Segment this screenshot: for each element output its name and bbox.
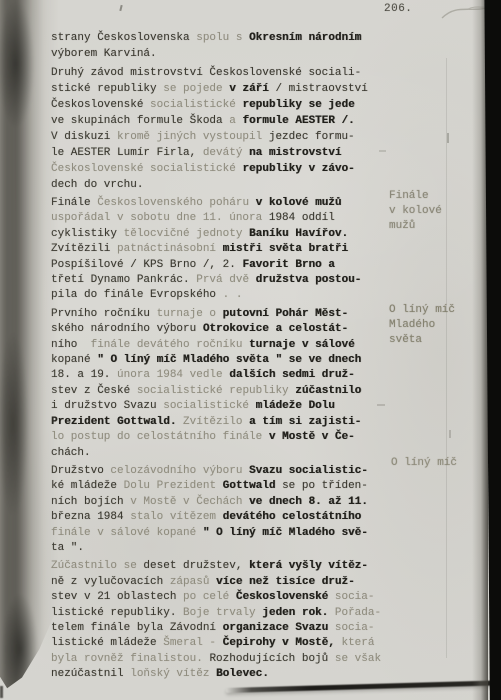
text-segment: se však	[335, 653, 381, 665]
text-segment: patnáctinásobní	[117, 243, 223, 255]
text-segment: dalších sedmi druž-	[229, 369, 354, 381]
text-segment: socia-	[335, 622, 375, 634]
text-line: ního finále devátého ročníku turnaje v s…	[51, 338, 396, 353]
text-segment: Československého poháru	[97, 197, 255, 209]
text-segment: loňský vítěz	[130, 668, 216, 680]
text-segment: pila do finále Evropského	[51, 289, 223, 301]
text-segment: Zvítězilo	[183, 416, 249, 428]
text-segment: Československé socialistické	[51, 163, 242, 175]
text-line: Druhý závod mistrovství Československé s…	[51, 65, 396, 81]
text-line: Zúčastnilo se deset družstev, která vyšl…	[51, 559, 396, 574]
text-segment: Pospíšilové / KPS Brno /, 2.	[51, 259, 242, 271]
text-segment: republiky v závo-	[242, 163, 354, 175]
text-segment: byla rovněž finalistou.	[51, 653, 209, 665]
text-segment: spolu s	[196, 32, 249, 44]
text-line: Zvítězili patnáctinásobní mistři světa b…	[51, 242, 396, 257]
margin-note-line: O líný míč	[391, 456, 457, 471]
paragraph: Finále Československého poháru v kolové …	[51, 196, 396, 304]
text-segment: kromě jiných vystoupil	[117, 131, 269, 143]
paper-crease	[446, 58, 447, 658]
text-segment: která vyšly vítěz-	[249, 560, 368, 572]
text-segment: března 1984	[51, 511, 130, 523]
ink-speck	[449, 430, 451, 438]
text-segment: více než tisíce druž-	[216, 576, 355, 588]
text-line: ve skupinách formule Škoda a formule AES…	[51, 113, 396, 129]
text-segment: ně z vylučovacích	[51, 576, 170, 588]
text-segment: a tím si zajisti-	[249, 416, 361, 428]
text-segment: ních bojích	[51, 496, 130, 508]
text-segment: Čepirohy v Mostě,	[223, 637, 342, 649]
text-line: ních bojích v Mostě v Čechách ve dnech 8…	[51, 495, 396, 510]
text-segment: mistři světa bratři	[223, 243, 348, 255]
ink-speck	[119, 5, 122, 11]
text-segment: le AESTER Lumír Firla,	[51, 147, 203, 159]
text-segment: organizace Svazu	[223, 622, 335, 634]
ink-speck	[379, 150, 386, 152]
text-line: listické republiky. Boje trvaly jeden ro…	[51, 606, 396, 621]
text-line: ského národního výboru Otrokovice a celo…	[51, 322, 396, 337]
text-line: lo postup do celostátního finále v Mostě…	[51, 430, 396, 445]
text-line: Finále Československého poháru v kolové …	[51, 196, 396, 211]
corner-mark	[0, 686, 3, 698]
text-line: ně z vylučovacích zápasů více než tisíce…	[51, 575, 396, 590]
text-segment: Bolevec.	[216, 668, 269, 680]
text-segment: devátý	[203, 147, 249, 159]
text-segment: V diskuzi	[51, 131, 117, 143]
text-segment: jezdec formu-	[269, 131, 355, 143]
text-segment: Dolu Prezident	[124, 480, 223, 492]
text-segment: Okresním národním	[249, 32, 361, 44]
text-line: ta ".	[51, 541, 396, 556]
text-segment: socialistické	[163, 400, 255, 412]
text-segment: strany Československa	[51, 32, 196, 44]
margin-note-line: v kolové	[389, 204, 442, 219]
text-line: stické republiky se pojede v září / mist…	[51, 81, 396, 97]
text-segment: po celé	[183, 591, 236, 603]
text-segment: třetí Dynamo Pankrác.	[51, 274, 196, 286]
text-segment: finále devátého ročníku	[91, 339, 249, 351]
text-segment: lo postup do celostátního finále	[51, 431, 269, 443]
text-segment: dech do vrchu.	[51, 179, 143, 191]
binding-shadow	[0, 0, 58, 700]
margin-note: Finálev kolovémužů	[389, 189, 442, 233]
text-line: byla rovněž finalistou. Rozhodujících bo…	[51, 652, 396, 667]
text-segment: Šmeral -	[163, 637, 222, 649]
text-segment: Prezident Gottwald.	[51, 416, 183, 428]
text-segment: devátého celostátního	[223, 511, 362, 523]
margin-note-line: Finále	[389, 189, 442, 204]
margin-note: O líný míč	[391, 456, 457, 471]
text-segment: Československé	[236, 591, 335, 603]
text-line: Prvního ročníku turnaje o putovní Pohár …	[51, 307, 396, 322]
text-segment: Rozhodujících bojů	[209, 653, 334, 665]
text-segment: Gottwald	[223, 480, 276, 492]
ink-speck	[377, 404, 385, 406]
text-segment: se po tříden-	[275, 480, 367, 492]
text-segment: v kolové mužů	[256, 197, 342, 209]
text-segment: . .	[223, 289, 243, 301]
text-line: chách.	[51, 446, 396, 461]
text-segment: Československé	[51, 99, 150, 111]
text-line: kopané " O líný míč Mladého světa " se v…	[51, 353, 396, 368]
text-segment: listické mládeže	[51, 637, 163, 649]
text-line: třetí Dynamo Pankrác. Prvá dvě družstva …	[51, 273, 396, 288]
text-segment: stev z České	[51, 385, 137, 397]
text-segment: Druhý závod mistrovství Československé s…	[51, 67, 361, 79]
text-segment: družstva postou-	[256, 274, 362, 286]
ink-speck	[447, 133, 449, 143]
text-segment: Boje trvaly	[183, 607, 262, 619]
text-line: strany Československa spolu s Okresním n…	[51, 30, 396, 46]
text-line: ké mládeže Dolu Prezident Gottwald se po…	[51, 479, 396, 494]
page-number: 206.	[384, 3, 412, 15]
text-segment: turnaje o	[157, 308, 223, 320]
text-segment: ve skupinách formule Škoda	[51, 115, 229, 127]
text-line: 18. a 19. února 1984 vedle dalších sedmi…	[51, 368, 396, 383]
text-segment: " O líný míč Mladého svě-	[203, 527, 368, 539]
text-segment: Prvá dvě	[196, 274, 255, 286]
text-segment: která	[341, 637, 374, 649]
text-segment: celozávodního výboru	[110, 465, 249, 477]
text-segment: finále v sálové kopané	[51, 527, 203, 539]
text-segment: v Mostě v Čechách	[130, 496, 242, 508]
typed-text: strany Československa spolu s Okresním n…	[51, 30, 396, 686]
text-segment: Baníku Havířov.	[249, 228, 348, 240]
text-line: Pospíšilové / KPS Brno /, 2. Favorit Brn…	[51, 258, 396, 273]
text-segment: Družstvo	[51, 465, 110, 477]
text-segment: zápasů	[170, 576, 216, 588]
text-line: Československé socialistické republiky v…	[51, 161, 396, 177]
text-segment: republiky se jede	[242, 99, 354, 111]
text-line: dech do vrchu.	[51, 177, 396, 193]
text-segment: socialistické	[150, 99, 242, 111]
paragraph: strany Československa spolu s Okresním n…	[51, 30, 396, 62]
text-segment: v Mostě v Če-	[269, 431, 355, 443]
text-segment: i družstvo Svazu	[51, 400, 163, 412]
paragraph: Prvního ročníku turnaje o putovní Pohár …	[51, 307, 396, 461]
text-segment: socia-	[335, 591, 375, 603]
text-segment: ve dnech 8. až 11.	[242, 496, 367, 508]
text-segment: Zúčastnilo se	[51, 560, 143, 572]
text-line: Prezident Gottwald. Zvítězilo a tím si z…	[51, 415, 396, 430]
text-line: výborem Karviná.	[51, 46, 396, 62]
text-segment: putovní Pohár Měst-	[223, 308, 348, 320]
text-line: stev v 21 oblastech po celé Českoslovens…	[51, 590, 396, 605]
text-segment: telem finále byla Závodní	[51, 622, 223, 634]
text-segment: tělocvičné jednoty	[124, 228, 249, 240]
text-segment: / mistraovství	[269, 83, 368, 95]
text-segment: 18. a 19.	[51, 369, 117, 381]
scan-page: 206. strany Československa spolu s Okres…	[0, 0, 501, 700]
text-line: pila do finále Evropského . .	[51, 288, 396, 303]
text-segment: deset družstev,	[143, 560, 249, 572]
text-line: uspořádal v sobotu dne 11. února 1984 od…	[51, 211, 396, 226]
text-segment: stické republiky	[51, 83, 163, 95]
text-segment: nezúčastnil	[51, 668, 130, 680]
text-segment: Svazu socialistic-	[249, 465, 368, 477]
text-segment: února 1984 vedle	[117, 369, 229, 381]
text-segment: Otrokovice a celostát-	[203, 323, 348, 335]
text-segment: Pořada-	[328, 607, 381, 619]
text-segment: výborem Karviná.	[51, 48, 157, 60]
text-segment: zúčastnilo	[295, 385, 361, 397]
text-line: nezúčastnil loňský vítěz Bolevec.	[51, 667, 396, 682]
text-segment: 1984 oddíl	[269, 212, 335, 224]
text-segment: stev v 21 oblastech	[51, 591, 183, 603]
text-line: telem finále byla Závodní organizace Sva…	[51, 621, 396, 636]
text-line: Československé socialistické republiky s…	[51, 97, 396, 113]
text-segment: jeden rok.	[262, 607, 328, 619]
paragraph: Druhý závod mistrovství Československé s…	[51, 65, 396, 193]
text-segment: ké mládeže	[51, 480, 124, 492]
text-segment: a	[229, 115, 242, 127]
text-segment: Favorit Brno a	[242, 259, 334, 271]
text-segment: na mistrovství	[249, 147, 341, 159]
paragraph: Zúčastnilo se deset družstev, která vyšl…	[51, 559, 396, 682]
text-line: stev z České socialistické republiky zúč…	[51, 384, 396, 399]
text-segment: listické republiky.	[51, 607, 183, 619]
paragraph: Družstvo celozávodního výboru Svazu soci…	[51, 464, 396, 556]
text-line: V diskuzi kromě jiných vystoupil jezdec …	[51, 129, 396, 145]
text-line: listické mládeže Šmeral - Čepirohy v Mos…	[51, 636, 396, 651]
text-line: Družstvo celozávodního výboru Svazu soci…	[51, 464, 396, 479]
text-segment: stalo vítězem	[130, 511, 222, 523]
text-segment: turnaje v sálové	[249, 339, 355, 351]
text-segment: formule AESTER /.	[242, 115, 354, 127]
text-segment: Prvního ročníku	[51, 308, 157, 320]
text-segment: Zvítězili	[51, 243, 117, 255]
text-segment: " O líný míč Mladého světa " se ve dnech	[97, 354, 361, 366]
text-segment: se pojede	[163, 83, 229, 95]
margin-note-line: mužů	[389, 219, 442, 234]
text-line: cyklistiky tělocvičné jednoty Baníku Hav…	[51, 227, 396, 242]
text-line: le AESTER Lumír Firla, devátý na mistrov…	[51, 145, 396, 161]
text-segment: v září	[229, 83, 269, 95]
text-segment: cyklistiky	[51, 228, 124, 240]
text-segment: socialistické republiky	[137, 385, 295, 397]
text-segment: uspořádal v sobotu dne 11. února	[51, 212, 269, 224]
text-line: března 1984 stalo vítězem devátého celos…	[51, 510, 396, 525]
text-segment: mládeže Dolu	[256, 400, 335, 412]
text-line: finále v sálové kopané " O líný míč Mlad…	[51, 526, 396, 541]
text-line: i družstvo Svazu socialistické mládeže D…	[51, 399, 396, 414]
text-segment: ského národního výboru	[51, 323, 203, 335]
